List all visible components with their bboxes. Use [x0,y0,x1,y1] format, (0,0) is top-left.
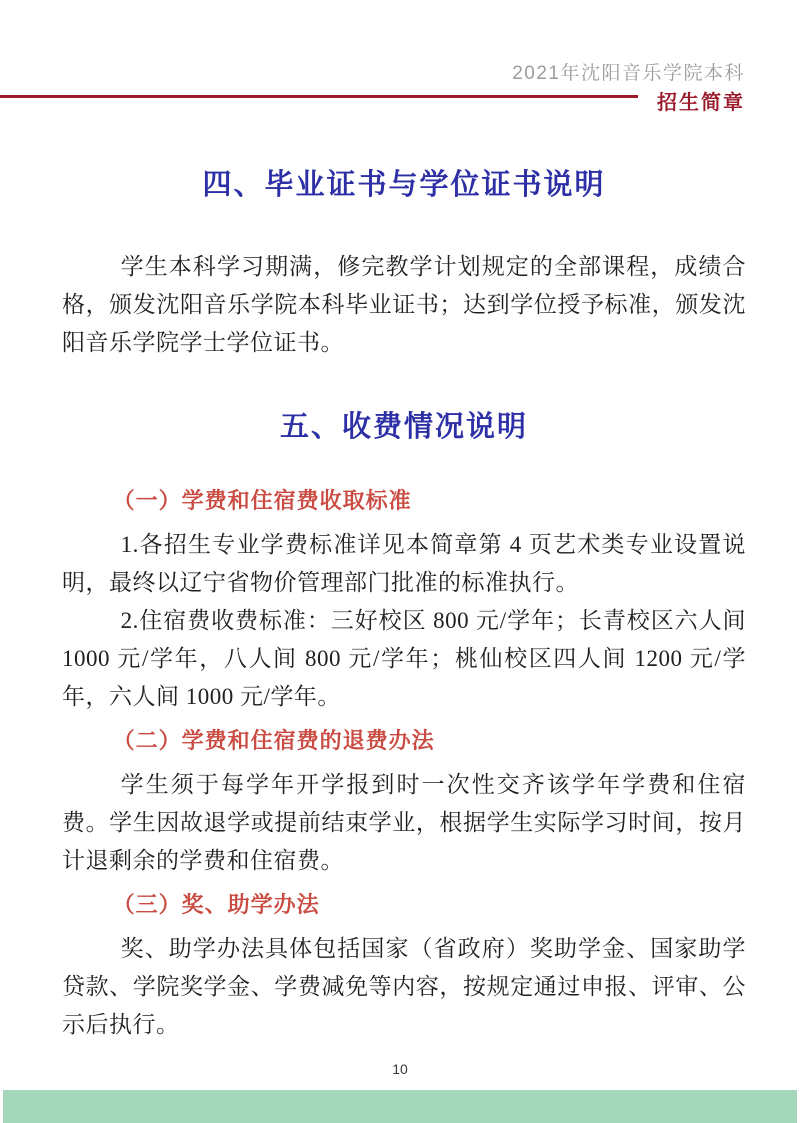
subsection-heading-scholarship: （三）奖、助学办法 [62,880,746,930]
paragraph-refund: 学生须于每学年开学报到时一次性交齐该学年学费和住宿费。学生因故退学或提前结束学业… [62,766,746,880]
document-page: 2021年沈阳音乐学院本科 招生简章 四、毕业证书与学位证书说明 学生本科学习期… [0,0,800,1123]
subsection-heading-fee-standard: （一）学费和住宿费收取标准 [62,476,746,526]
section-title-fees: 五、收费情况说明 [62,408,746,446]
page-number: 10 [0,1061,800,1077]
paragraph-tuition-standard: 1.各招生专业学费标准详见本简章第 4 页艺术类专业设置说明，最终以辽宁省物价管… [62,526,746,602]
footer-green-strip [3,1090,797,1123]
section-title-diploma: 四、毕业证书与学位证书说明 [62,166,746,204]
paragraph-dorm-standard: 2.住宿费收费标准：三好校区 800 元/学年；长青校区六人间 1000 元/学… [62,602,746,716]
header-top-text: 2021年沈阳音乐学院本科 [512,58,745,85]
page-content: 四、毕业证书与学位证书说明 学生本科学习期满，修完教学计划规定的全部课程，成绩合… [62,148,746,1044]
subsection-heading-refund: （二）学费和住宿费的退费办法 [62,716,746,766]
header-rule-line [0,95,638,98]
paragraph-diploma: 学生本科学习期满，修完教学计划规定的全部课程，成绩合格，颁发沈阳音乐学院本科毕业… [62,248,746,362]
paragraph-scholarship: 奖、助学办法具体包括国家（省政府）奖助学金、国家助学贷款、学院奖学金、学费减免等… [62,930,746,1044]
header-badge: 招生简章 [657,86,745,115]
